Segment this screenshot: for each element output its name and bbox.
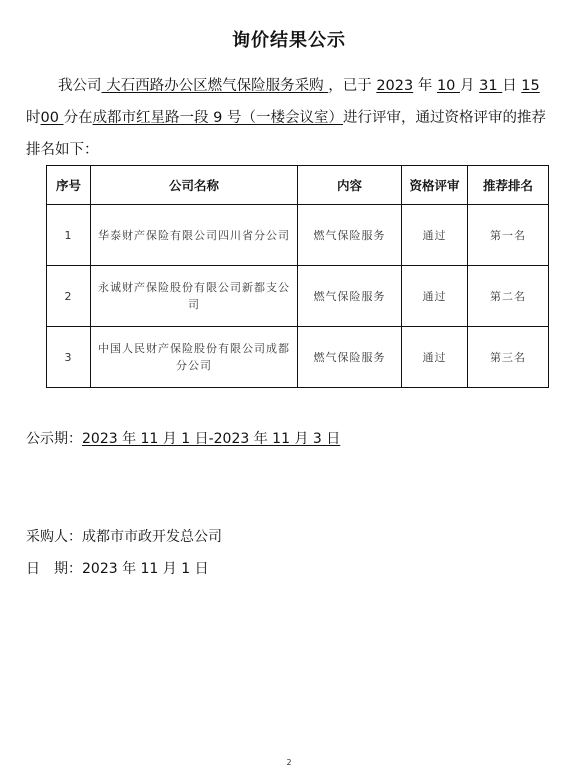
month: 10	[437, 78, 460, 94]
header-content: 内容	[298, 166, 402, 205]
notice-period: 公示期：2023 年 11 月 1 日-2023 年 11 月 3 日	[26, 428, 340, 448]
year: 2023	[376, 78, 413, 94]
table-row: 1 华泰财产保险有限公司四川省分公司 燃气保险服务 通过 第一名	[47, 205, 549, 266]
cell-company: 华泰财产保险有限公司四川省分公司	[91, 205, 298, 266]
cell-company: 永诚财产保险股份有限公司新都支公司	[91, 266, 298, 327]
intro-text: 日	[502, 78, 521, 94]
cell-no: 1	[47, 205, 91, 266]
notice-period-value: 2023 年 11 月 1 日-2023 年 11 月 3 日	[82, 431, 340, 447]
cell-content: 燃气保险服务	[298, 327, 402, 388]
intro-text: ，已于	[328, 78, 376, 94]
table-header-row: 序号 公司名称 内容 资格评审 推荐排名	[47, 166, 549, 205]
cell-review: 通过	[402, 266, 468, 327]
header-no: 序号	[47, 166, 91, 205]
hour: 15	[521, 78, 539, 94]
date: 日 期：2023 年 11 月 1 日	[26, 558, 209, 578]
header-review: 资格评审	[402, 166, 468, 205]
cell-review: 通过	[402, 327, 468, 388]
header-rank: 推荐排名	[468, 166, 549, 205]
ranking-table: 序号 公司名称 内容 资格评审 推荐排名 1 华泰财产保险有限公司四川省分公司 …	[46, 165, 549, 388]
cell-review: 通过	[402, 205, 468, 266]
cell-rank: 第一名	[468, 205, 549, 266]
header-company: 公司名称	[91, 166, 298, 205]
table-row: 2 永诚财产保险股份有限公司新都支公司 燃气保险服务 通过 第二名	[47, 266, 549, 327]
cell-content: 燃气保险服务	[298, 266, 402, 327]
date-label: 日 期：	[26, 561, 82, 577]
document-title: 询价结果公示	[0, 26, 578, 52]
intro-text: 月	[460, 78, 479, 94]
cell-no: 3	[47, 327, 91, 388]
project-name: 大石西路办公区燃气保险服务采购	[102, 78, 329, 94]
buyer-value: 成都市市政开发总公司	[82, 529, 222, 545]
cell-no: 2	[47, 266, 91, 327]
intro-text: 年	[413, 78, 437, 94]
intro-text: 分在	[64, 110, 93, 126]
intro-text: 我公司	[58, 78, 102, 94]
date-value: 2023 年 11 月 1 日	[82, 561, 209, 577]
minute: 00	[41, 110, 64, 126]
cell-rank: 第二名	[468, 266, 549, 327]
page-number: 2	[0, 758, 578, 767]
intro-paragraph: 我公司 大石西路办公区燃气保险服务采购 ，已于 2023 年 10 月 31 日…	[26, 70, 556, 166]
day: 31	[479, 78, 502, 94]
cell-rank: 第三名	[468, 327, 549, 388]
buyer: 采购人：成都市市政开发总公司	[26, 526, 222, 546]
cell-company: 中国人民财产保险股份有限公司成都分公司	[91, 327, 298, 388]
table-row: 3 中国人民财产保险股份有限公司成都分公司 燃气保险服务 通过 第三名	[47, 327, 549, 388]
location: 成都市红星路一段 9 号（一楼会议室）	[93, 110, 343, 126]
intro-text: 时	[26, 110, 41, 126]
buyer-label: 采购人：	[26, 529, 82, 545]
notice-period-label: 公示期：	[26, 431, 82, 447]
cell-content: 燃气保险服务	[298, 205, 402, 266]
